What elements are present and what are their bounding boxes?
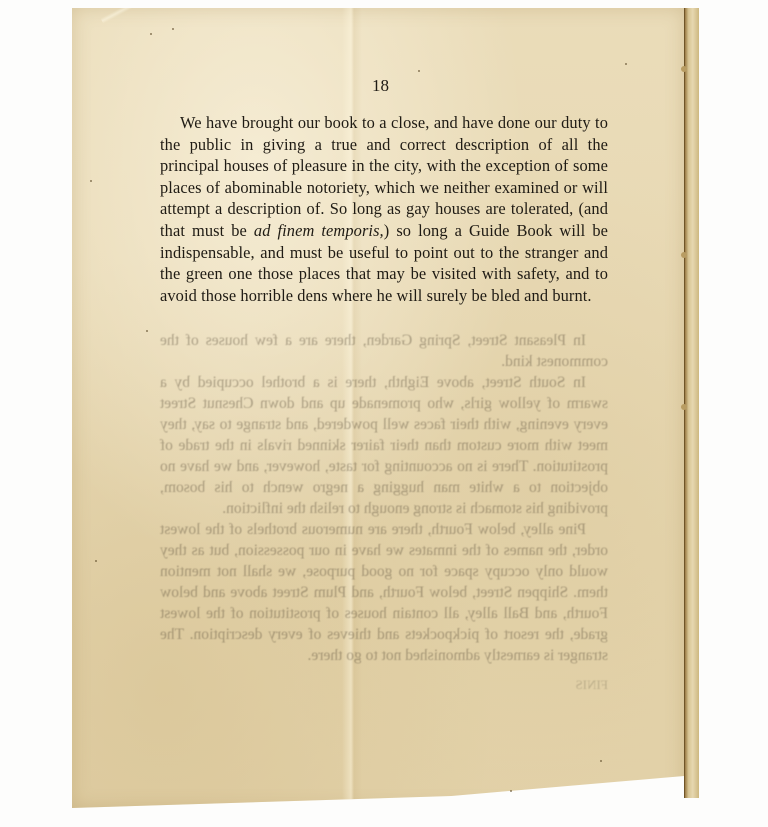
paper-speck xyxy=(146,330,148,332)
page-number: 18 xyxy=(372,76,389,96)
paper-speck xyxy=(95,560,97,562)
showthrough-footer: FINIS xyxy=(160,674,608,695)
latin-phrase: ad finem temporis, xyxy=(254,221,384,240)
paper-speck xyxy=(418,70,420,72)
paper-speck xyxy=(600,760,602,762)
paragraph-text: We have brought our book to a close, and… xyxy=(160,112,608,306)
paper-speck xyxy=(510,790,512,792)
showthrough-paragraph: In Pleasant Street, Spring Garden, there… xyxy=(160,330,608,372)
paper-speck xyxy=(90,180,92,182)
closing-paragraph: We have brought our book to a close, and… xyxy=(160,112,608,306)
paper-speck xyxy=(172,28,174,30)
showthrough-paragraph: In South Street, above Eighth, there is … xyxy=(160,372,608,519)
stitch-mark xyxy=(681,404,687,410)
scanned-page-scene: In Pleasant Street, Spring Garden, there… xyxy=(0,0,768,827)
paper-speck xyxy=(625,63,627,65)
diagonal-crease xyxy=(101,0,333,24)
book-spine xyxy=(684,8,699,798)
stitch-mark xyxy=(681,66,687,72)
stitch-mark xyxy=(681,252,687,258)
showthrough-text: In Pleasant Street, Spring Garden, there… xyxy=(160,330,608,695)
showthrough-paragraph: Pine alley, below Fourth, there are nume… xyxy=(160,519,608,666)
paper-speck xyxy=(150,33,152,35)
